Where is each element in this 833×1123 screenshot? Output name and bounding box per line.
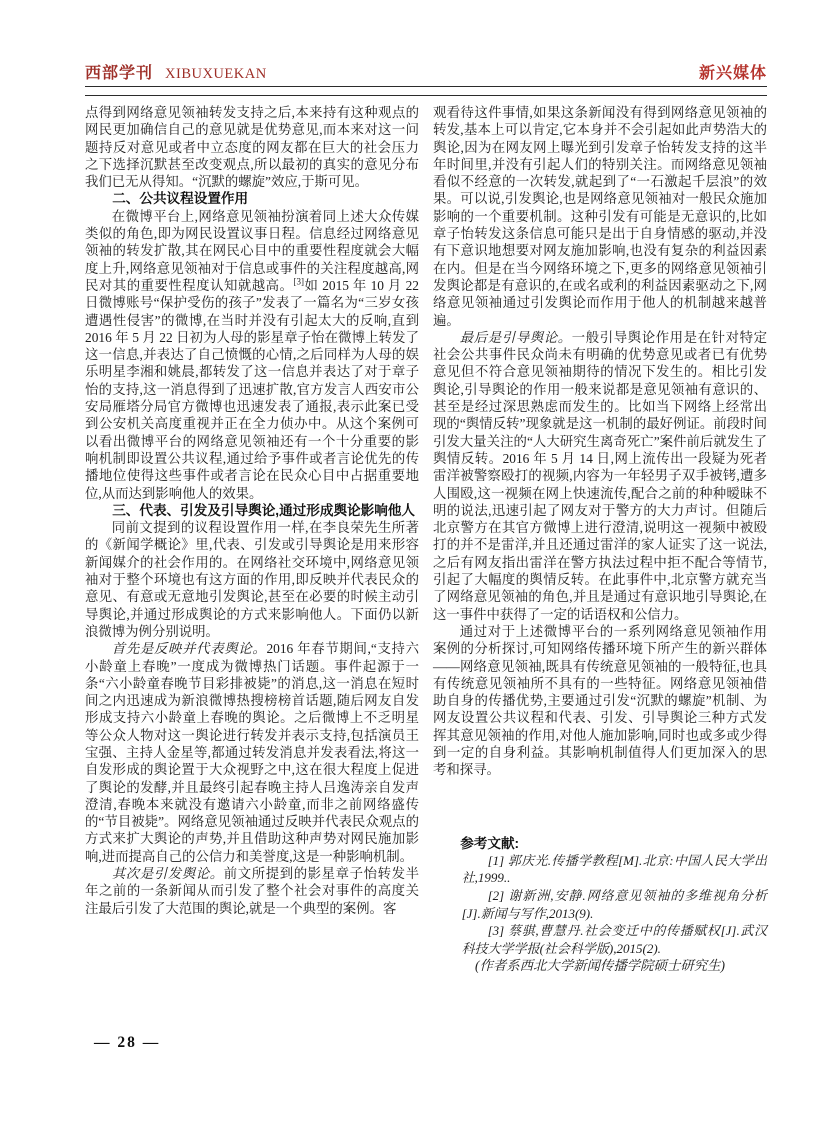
lead-in-second: 其次是引发舆论。 [112, 866, 224, 881]
journal-page: 西部学刊 XIBUXUEKAN 新兴媒体 点得到网络意见领袖转发支持之后,本来持… [0, 0, 833, 1123]
lead-in-third: 最后是引导舆论。 [460, 330, 572, 345]
page-number: — 28 — [94, 1034, 160, 1052]
journal-title-cn: 西部学刊 [85, 60, 153, 83]
section-heading-3: 三、代表、引发及引导舆论,通过形成舆论影响他人 [85, 502, 419, 519]
author-note: (作者系西北大学新闻传播学院硕士研究生) [433, 957, 767, 974]
column-right: 观看待这件事情,如果这条新闻没有得到网络意见领袖的转发,基本上可以肯定,它本身并… [433, 104, 767, 975]
reference-item-1: [1] 郭庆光.传播学教程[M].北京:中国人民大学出社,1999.. [433, 852, 767, 887]
lead-in-first: 首先是反映并代表舆论。 [112, 641, 267, 656]
column-left: 点得到网络意见领袖转发支持之后,本来持有这种观点的网民更加确信自己的意见就是优势… [85, 104, 419, 975]
footnote-marker: [3] [293, 277, 304, 287]
journal-title-en: XIBUXUEKAN [165, 66, 267, 83]
references-title: 参考文献: [433, 835, 767, 852]
reference-item-3: [3] 蔡骐,曹慧丹.社会变迁中的传播赋权[J].武汉科技大学学报(社会科学版)… [433, 922, 767, 957]
section-heading-2: 二、公共议程设置作用 [85, 190, 419, 207]
paragraph-third-case: 最后是引导舆论。一般引导舆论作用是在针对特定社会公共事件民众尚未有明确的优势意见… [433, 329, 767, 623]
paragraph-second-case: 其次是引发舆论。前文所提到的影星章子怡转发半年之前的一条新闻从而引发了整个社会对… [85, 865, 419, 917]
header-rule [85, 95, 767, 96]
journal-title: 西部学刊 XIBUXUEKAN [85, 60, 267, 83]
paragraph-conclusion: 通过对于上述微博平台的一系列网络意见领袖作用案例的分析探讨,可知网络传播环境下所… [433, 623, 767, 779]
page-header: 西部学刊 XIBUXUEKAN 新兴媒体 [85, 60, 767, 87]
paragraph-text: 一般引导舆论作用是在针对特定社会公共事件民众尚未有明确的优势意见或者已有优势意见… [433, 330, 767, 622]
paragraph-carryover: 点得到网络意见领袖转发支持之后,本来持有这种观点的网民更加确信自己的意见就是优势… [85, 104, 419, 190]
section-label: 新兴媒体 [699, 60, 767, 83]
paragraph-text: 2016 年春节期间,“支持六小龄童上春晚”一度成为微博热门话题。事件起源于一条… [85, 641, 419, 864]
paragraph-agenda-setting: 在微博平台上,网络意见领袖扮演着同上述大众传媒类似的角色,即为网民设置议事日程。… [85, 208, 419, 502]
references-section: 参考文献: [1] 郭庆光.传播学教程[M].北京:中国人民大学出社,1999.… [433, 835, 767, 975]
paragraph-carryover-right: 观看待这件事情,如果这条新闻没有得到网络意见领袖的转发,基本上可以肯定,它本身并… [433, 104, 767, 329]
paragraph-text: 如 2015 年 10 月 22 日微博账号“保护受伤的孩子”发表了一篇名为“三… [85, 278, 419, 501]
paragraph-first-case: 首先是反映并代表舆论。2016 年春节期间,“支持六小龄童上春晚”一度成为微博热… [85, 640, 419, 865]
article-body: 点得到网络意见领袖转发支持之后,本来持有这种观点的网民更加确信自己的意见就是优势… [85, 104, 767, 975]
reference-item-2: [2] 谢新洲,安静.网络意见领袖的多维视角分析[J].新闻与写作,2013(9… [433, 887, 767, 922]
paragraph-represent-intro: 同前文提到的议程设置作用一样,在李良荣先生所著的《新闻学概论》里,代表、引发或引… [85, 519, 419, 640]
